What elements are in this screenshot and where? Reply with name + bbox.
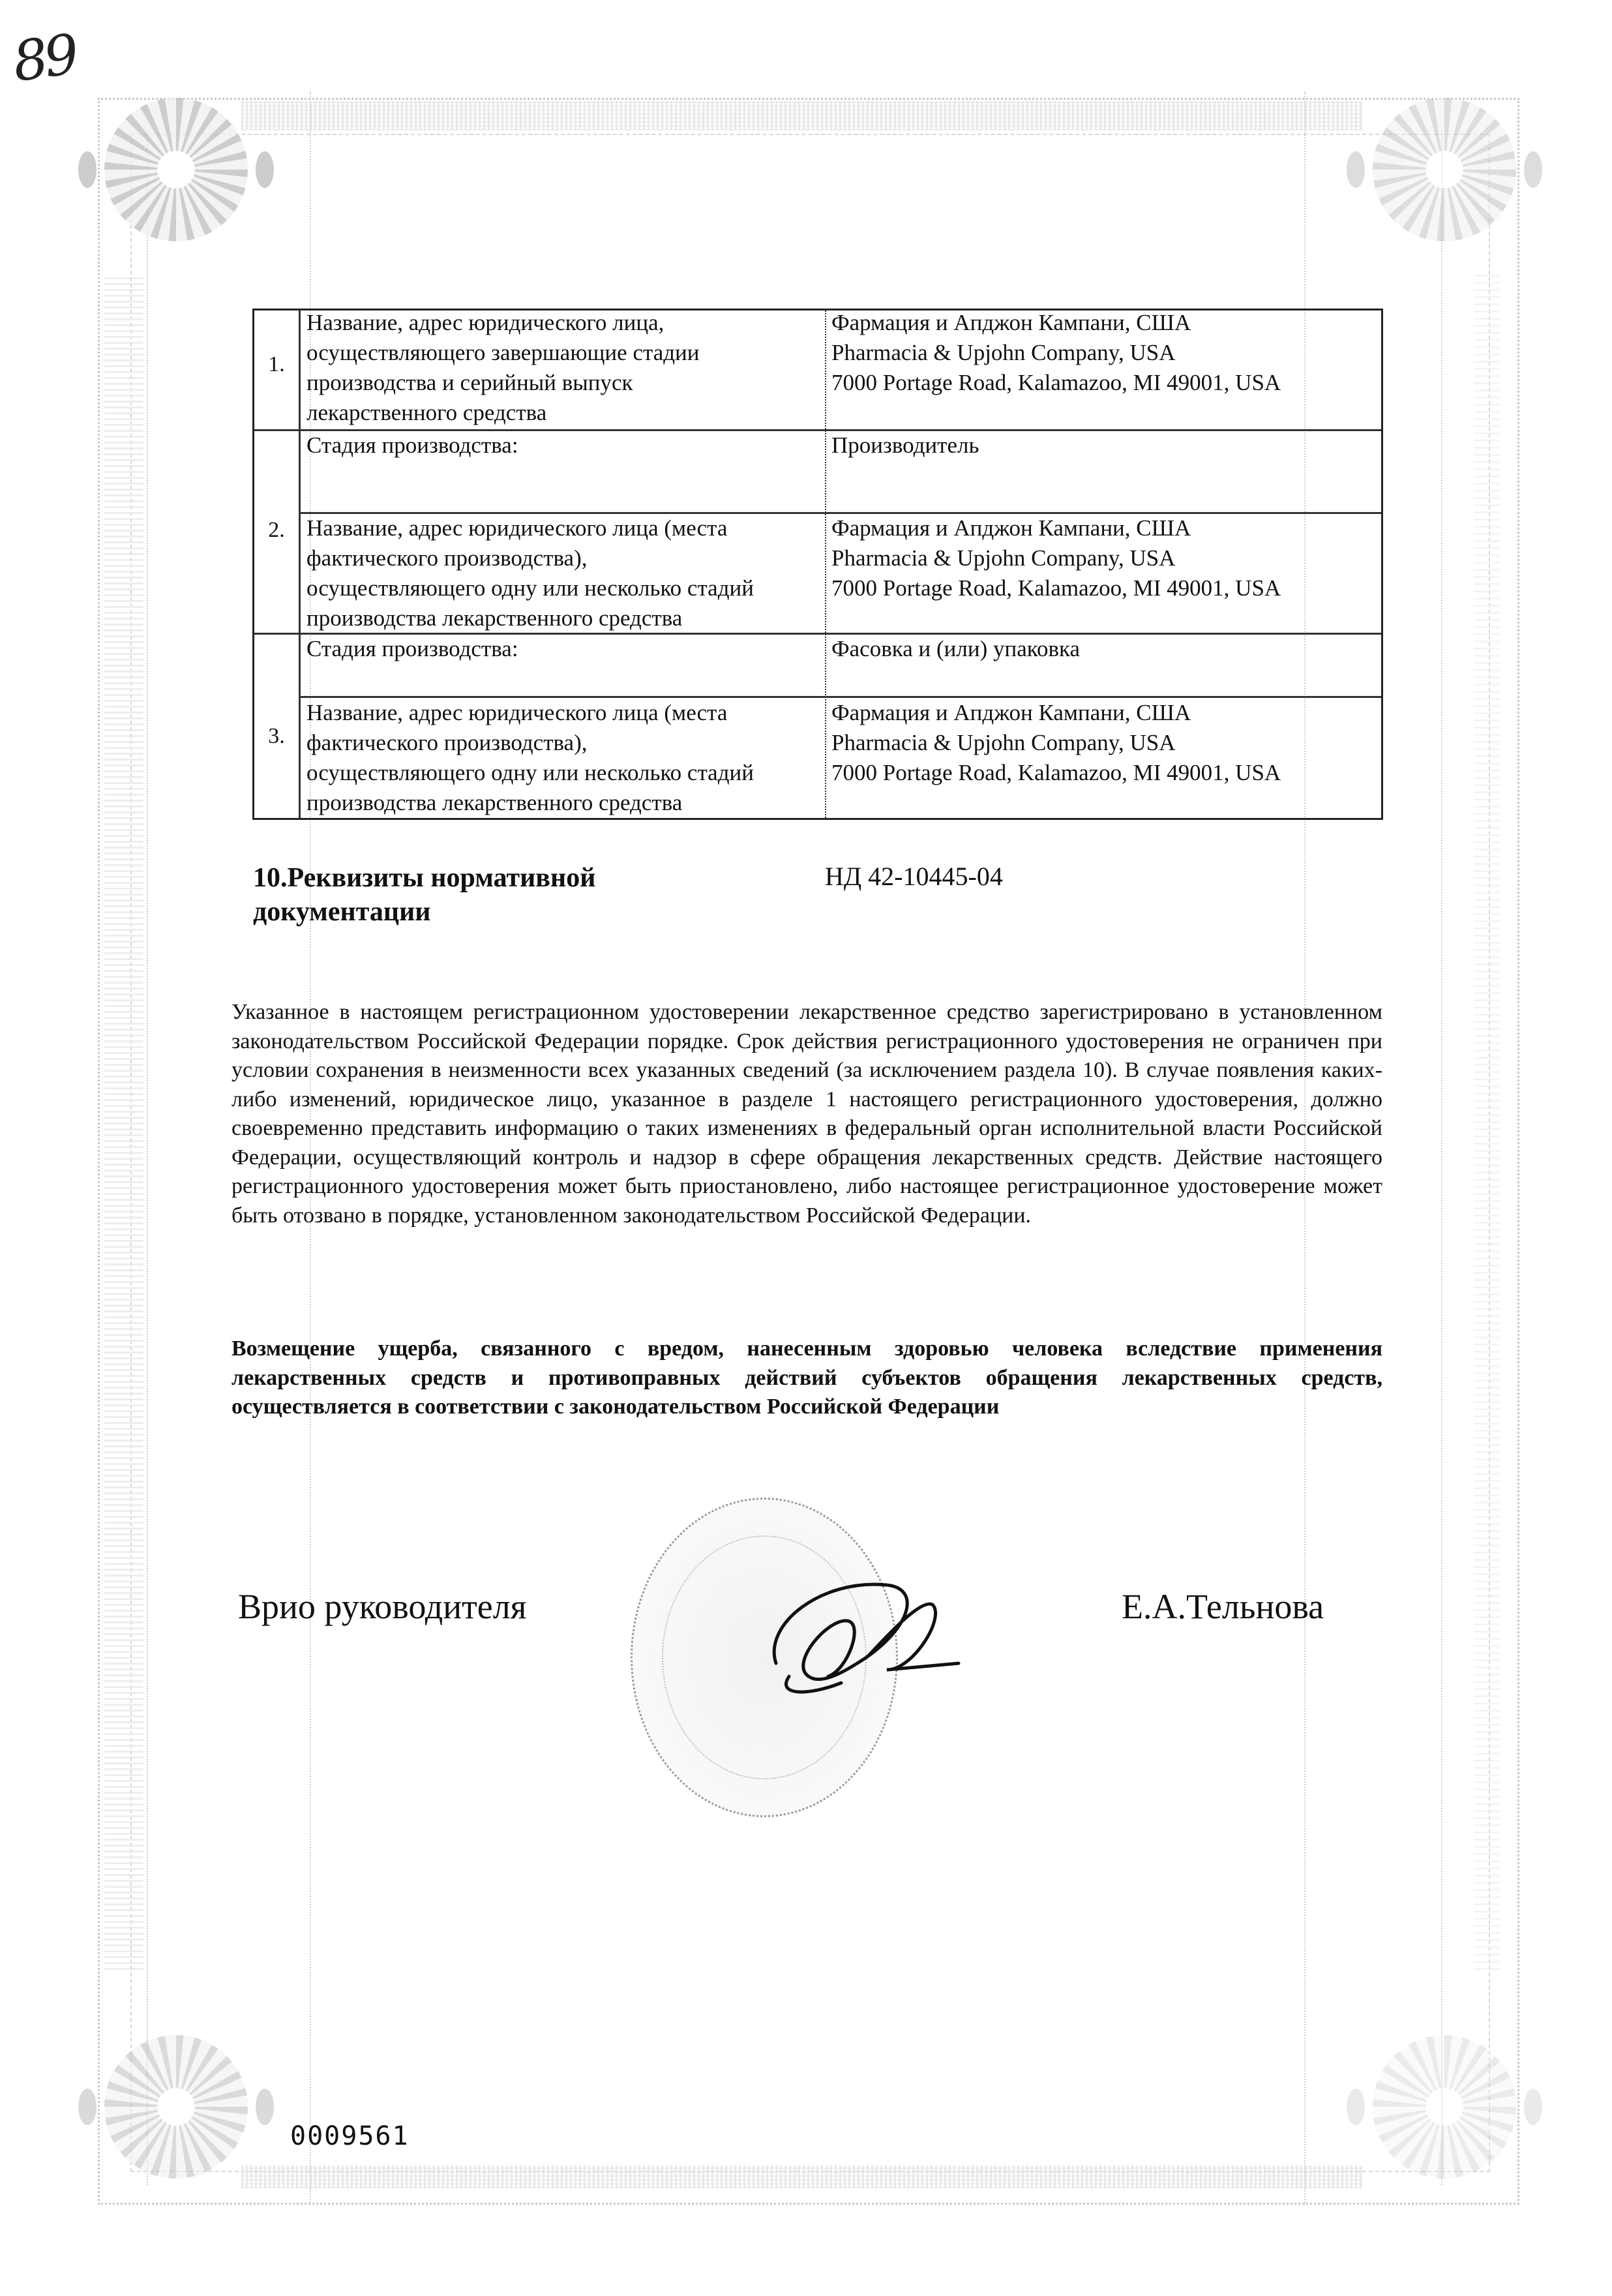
guilloche-band-bottom: [241, 2166, 1363, 2188]
handwritten-signature-icon: [750, 1572, 1011, 1715]
row-label: Название, адрес юридического лица, осуще…: [306, 308, 822, 428]
guilloche-line: [147, 130, 148, 2185]
guilloche-band-right: [1474, 274, 1500, 1970]
corner-rosette-icon: [104, 98, 248, 241]
manufacturer-table: 1. Название, адрес юридического лица, ос…: [252, 309, 1383, 820]
guilloche-band-top: [241, 101, 1363, 130]
value-column-divider: [825, 310, 826, 818]
number-column-divider: [299, 310, 301, 818]
row-number: 3.: [254, 724, 299, 749]
row-value: Фармация и Апджон Кампани, США Pharmacia…: [831, 513, 1379, 603]
guilloche-line: [1441, 130, 1442, 2185]
row-value: Фармация и Апджон Кампани, США Pharmacia…: [831, 308, 1379, 398]
stage-value: Производитель: [831, 430, 1379, 461]
guilloche-band-left: [104, 274, 143, 1970]
row-label: Название, адрес юридического лица (места…: [306, 513, 822, 633]
section-10-heading: 10.Реквизиты нормативной документации: [253, 861, 709, 929]
compensation-notice: Возмещение ущерба, связанного с вредом, …: [231, 1335, 1382, 1422]
corner-rosette-icon: [104, 2035, 248, 2179]
form-serial-number: 0009561: [290, 2121, 410, 2151]
handwritten-page-number: 89: [9, 22, 80, 94]
corner-rosette-icon: [1373, 2035, 1516, 2179]
corner-rosette-icon: [1373, 98, 1516, 241]
row-value: Фармация и Апджон Кампани, США Pharmacia…: [831, 698, 1379, 788]
signatory-name: Е.А.Тельнова: [1122, 1586, 1324, 1627]
row-label: Название, адрес юридического лица (места…: [306, 698, 822, 818]
signatory-title: Врио руководителя: [238, 1586, 527, 1627]
stage-label: Стадия производства:: [306, 634, 822, 664]
stage-label: Стадия производства:: [306, 430, 822, 461]
registration-notice: Указанное в настоящем регистрационном уд…: [231, 998, 1382, 1230]
row-number: 1.: [254, 352, 299, 377]
stage-value: Фасовка и (или) упаковка: [831, 634, 1379, 664]
normative-document-number: НД 42-10445-04: [825, 861, 1003, 892]
row-number: 2.: [254, 518, 299, 543]
